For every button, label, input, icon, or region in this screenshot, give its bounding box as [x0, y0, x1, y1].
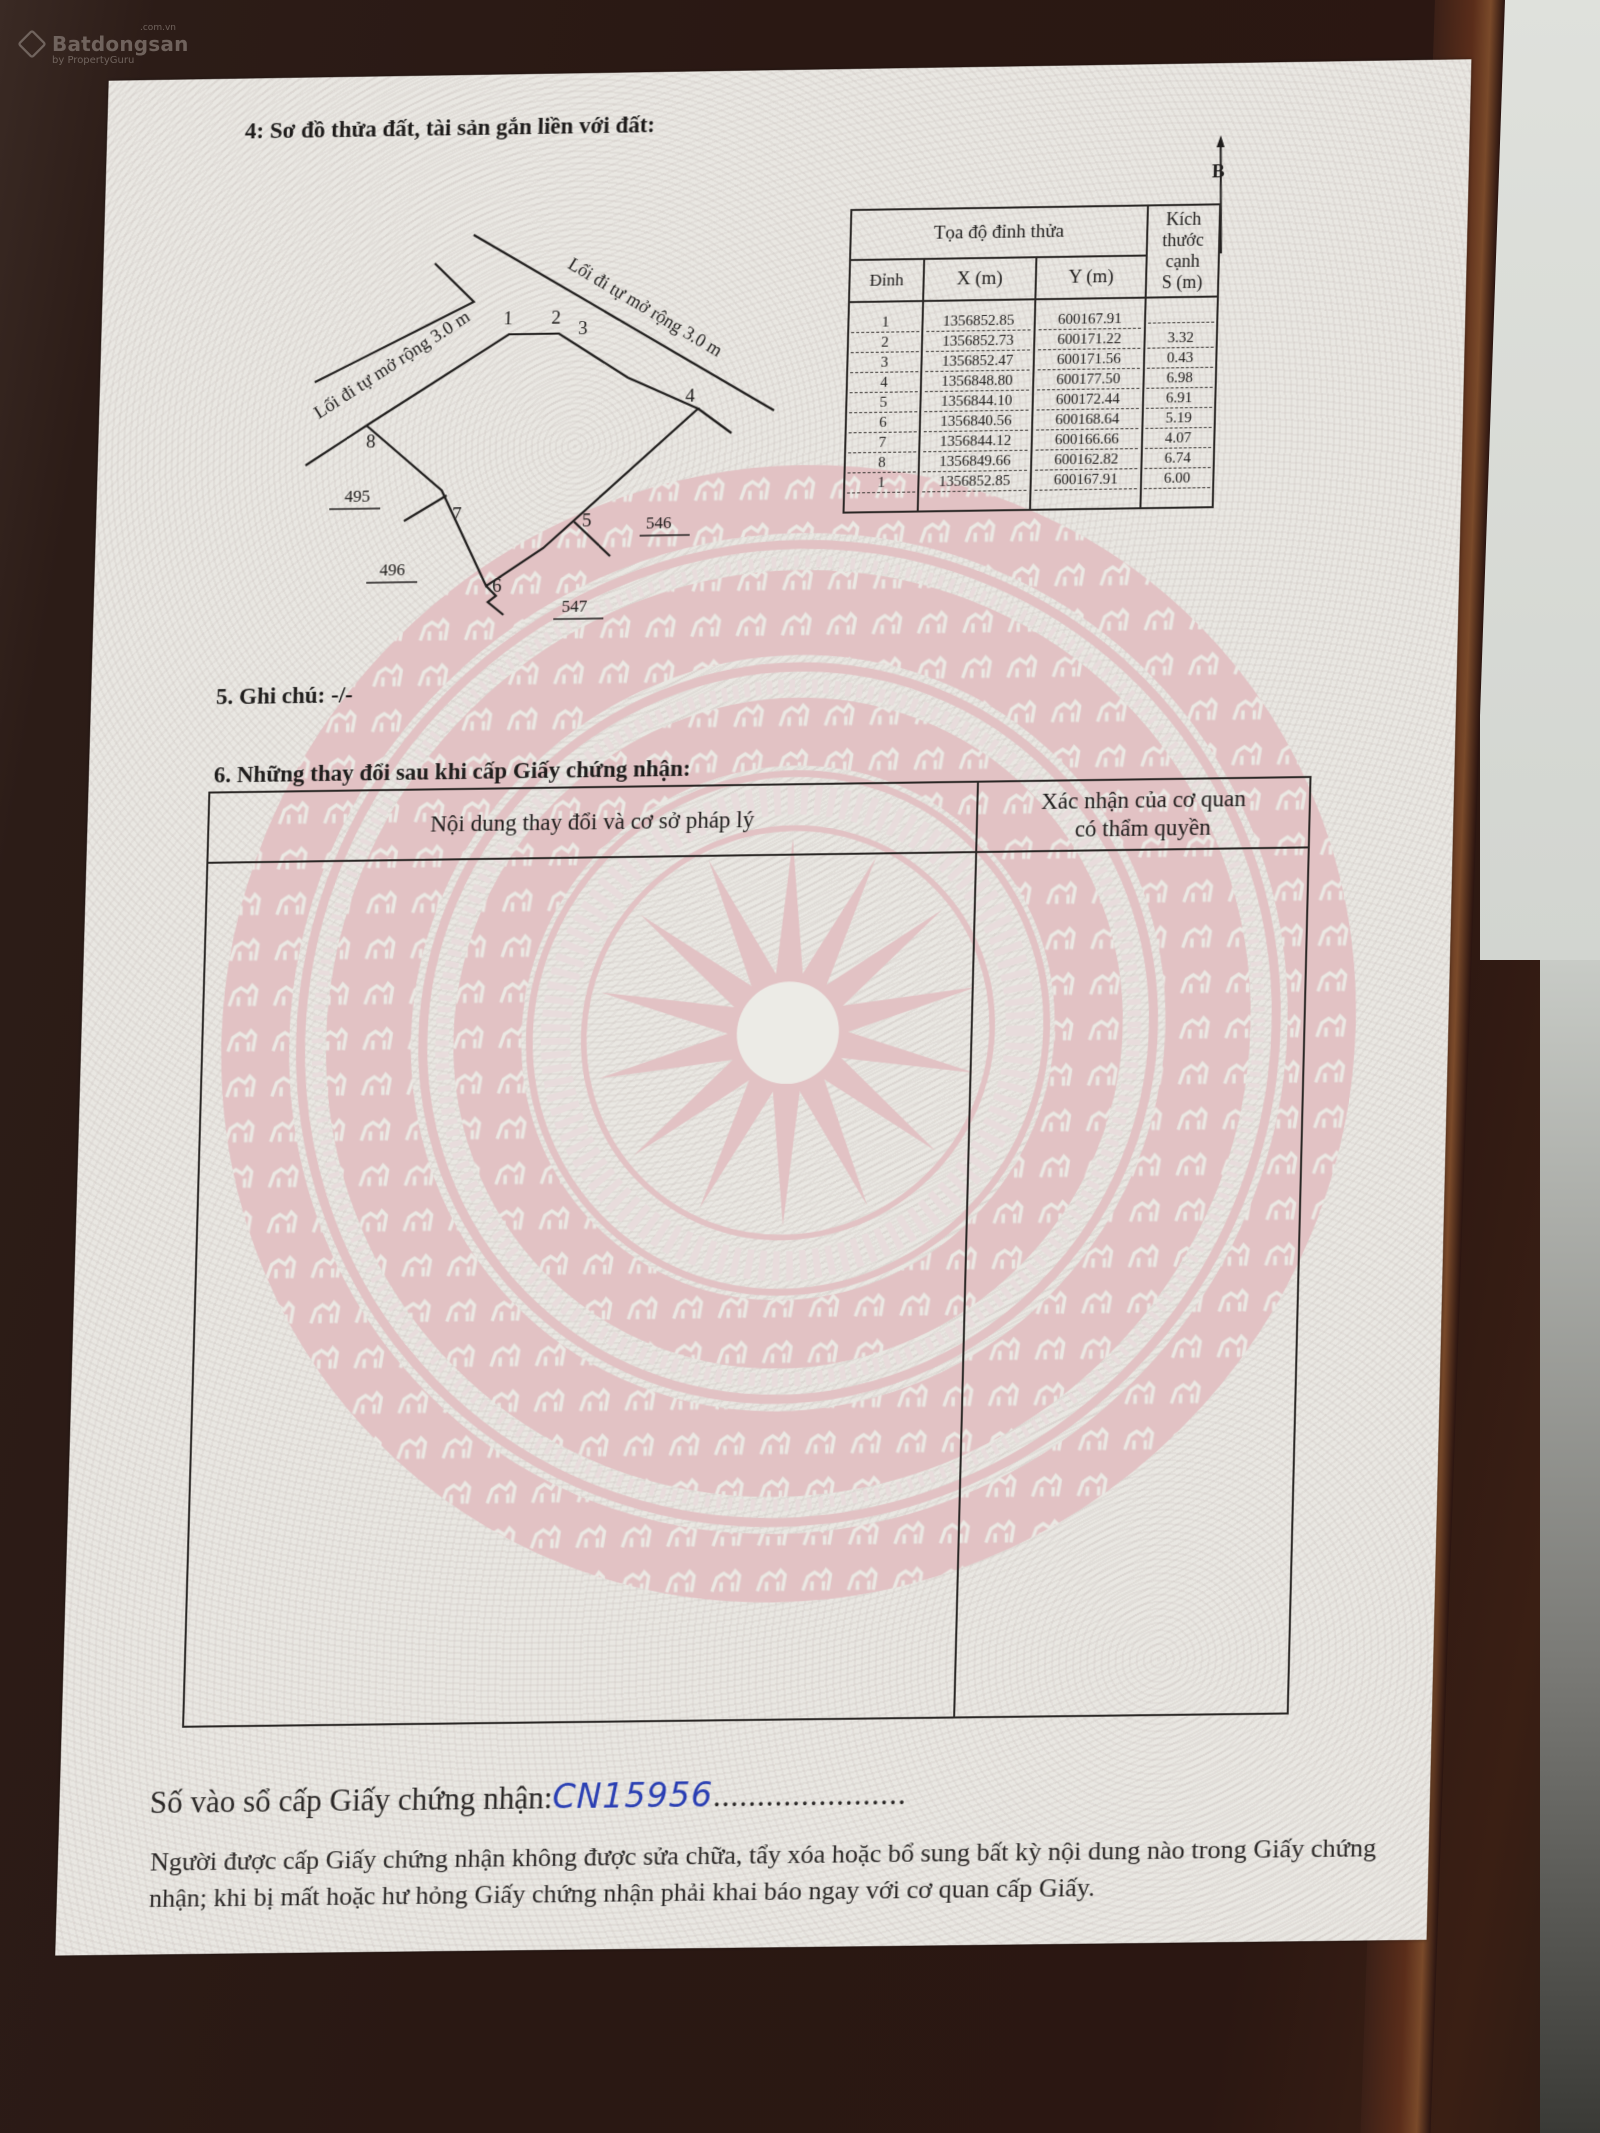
coord-cell-x: 1356852.85 [918, 471, 1031, 512]
legal-notice: Người được cấp Giấy chứng nhận không đượ… [149, 1830, 1409, 1918]
coord-cell-s: 6.74 [1141, 448, 1214, 469]
coord-cell-y: 600172.44 [1033, 389, 1144, 411]
coord-cell-y: 600177.50 [1033, 369, 1144, 391]
registration-dots: ...................... [713, 1776, 908, 1814]
parcel-diagram: 1 2 3 4 5 6 7 8 495 496 546 547 Lối [173, 159, 826, 629]
coord-cell-s [1145, 297, 1218, 329]
parcel-495-label: 495 [344, 487, 370, 506]
coord-cell-x: 1356849.66 [919, 451, 1032, 473]
north-label: B [1212, 161, 1226, 182]
coord-cell-y: 600162.82 [1031, 449, 1142, 471]
parcel-496-label: 496 [379, 560, 405, 579]
watermark-brand: Batdongsan [52, 32, 189, 56]
coord-cell-y: 600166.66 [1032, 429, 1143, 451]
changes-content-header: Nội dung thay đổi và cơ sở pháp lý [207, 782, 977, 863]
edge-length-header: Kích thước cạnh S (m) [1146, 204, 1221, 297]
coord-cell-s: 3.32 [1144, 328, 1217, 349]
coord-cell-s: 5.19 [1142, 408, 1215, 429]
vertex-2-label: 2 [551, 308, 561, 329]
watermark-tld: .com.vn [140, 23, 176, 33]
coord-cell-vertex: 5 [846, 392, 921, 413]
coord-cell-vertex: 8 [845, 452, 920, 473]
watermark-sub: by PropertyGuru [52, 55, 189, 66]
coord-cell-y: 600171.22 [1034, 329, 1145, 351]
house-logo-icon [17, 29, 47, 59]
changes-confirm-header: Xác nhận của cơ quan có thẩm quyền [976, 777, 1311, 852]
coord-cell-y: 600167.91 [1035, 298, 1146, 331]
coord-cell-x: 1356852.47 [921, 350, 1034, 372]
coord-cell-vertex: 1 [848, 301, 923, 333]
x-col-header: X (m) [923, 257, 1036, 301]
vertex-5-label: 5 [582, 510, 592, 531]
coord-cell-y: 600168.64 [1032, 409, 1143, 431]
vertex-8-label: 8 [366, 431, 376, 452]
vertex-4-label: 4 [685, 386, 696, 407]
coord-cell-y: 600171.56 [1034, 349, 1145, 371]
coord-cell-vertex: 1 [844, 472, 919, 512]
parcel-547-label: 547 [561, 597, 587, 616]
right-path-label: Lối đi tự mở rộng 3.0 m [565, 254, 727, 361]
coord-cell-vertex: 3 [847, 352, 922, 373]
registration-number: CN15956 [552, 1775, 714, 1816]
coord-cell-x: 1356848.80 [921, 370, 1034, 392]
parcel-546-label: 546 [646, 513, 672, 532]
coord-cell-s: 6.98 [1143, 368, 1216, 389]
coord-cell-s: 4.07 [1142, 428, 1215, 449]
coord-cell-x: 1356852.73 [922, 330, 1035, 352]
vertex-1-label: 1 [503, 308, 513, 329]
coord-cell-vertex: 4 [847, 372, 922, 393]
coord-cell-vertex: 7 [845, 432, 920, 453]
vertex-3-label: 3 [578, 318, 588, 339]
vertex-col-header: Đỉnh [849, 259, 924, 302]
coord-table-title: Tọa độ đỉnh thửa [850, 205, 1148, 260]
coord-cell-x: 1356844.10 [920, 391, 1033, 413]
coord-cell-vertex: 2 [848, 332, 923, 353]
left-path-label: Lối đi tự mở rộng 3.0 m [310, 306, 473, 423]
y-col-header: Y (m) [1035, 256, 1146, 300]
vertex-coordinates-table: Tọa độ đỉnh thửa Kích thước cạnh S (m) Đ… [842, 203, 1221, 513]
registration-label: Số vào sổ cấp Giấy chứng nhận: [149, 1780, 553, 1820]
coord-cell-y: 600167.91 [1030, 469, 1141, 510]
section-4-title: 4: Sơ đồ thửa đất, tài sản gắn liền với … [245, 112, 656, 144]
coord-row: 11356852.85600167.916.00 [844, 468, 1214, 513]
coord-cell-s: 0.43 [1144, 348, 1217, 369]
changes-table: Nội dung thay đổi và cơ sở pháp lý Xác n… [182, 776, 1311, 1728]
coord-cell-x: 1356852.85 [922, 299, 1035, 332]
coord-cell-s: 6.00 [1140, 468, 1213, 508]
coord-cell-x: 1356844.12 [919, 431, 1032, 453]
coord-row: 11356852.85600167.91 [848, 297, 1218, 334]
land-certificate-page: 4: Sơ đồ thửa đất, tài sản gắn liền với … [55, 59, 1471, 1955]
registration-number-line: Số vào sổ cấp Giấy chứng nhận:CN15956...… [149, 1773, 907, 1821]
coord-cell-s: 6.91 [1143, 388, 1216, 409]
section-6-title: 6. Những thay đổi sau khi cấp Giấy chứng… [213, 756, 691, 789]
batdongsan-watermark: Batdongsan .com.vn by PropertyGuru [18, 30, 189, 66]
background-wall-lower [1540, 960, 1600, 2133]
vertex-6-label: 6 [492, 576, 502, 597]
vertex-7-label: 7 [452, 504, 462, 525]
coord-cell-vertex: 6 [846, 412, 921, 433]
changes-confirm-cell [954, 847, 1309, 1717]
section-5-note: 5. Ghi chú: -/- [216, 682, 354, 710]
coord-cell-x: 1356840.56 [920, 411, 1033, 433]
changes-content-cell [183, 852, 976, 1727]
